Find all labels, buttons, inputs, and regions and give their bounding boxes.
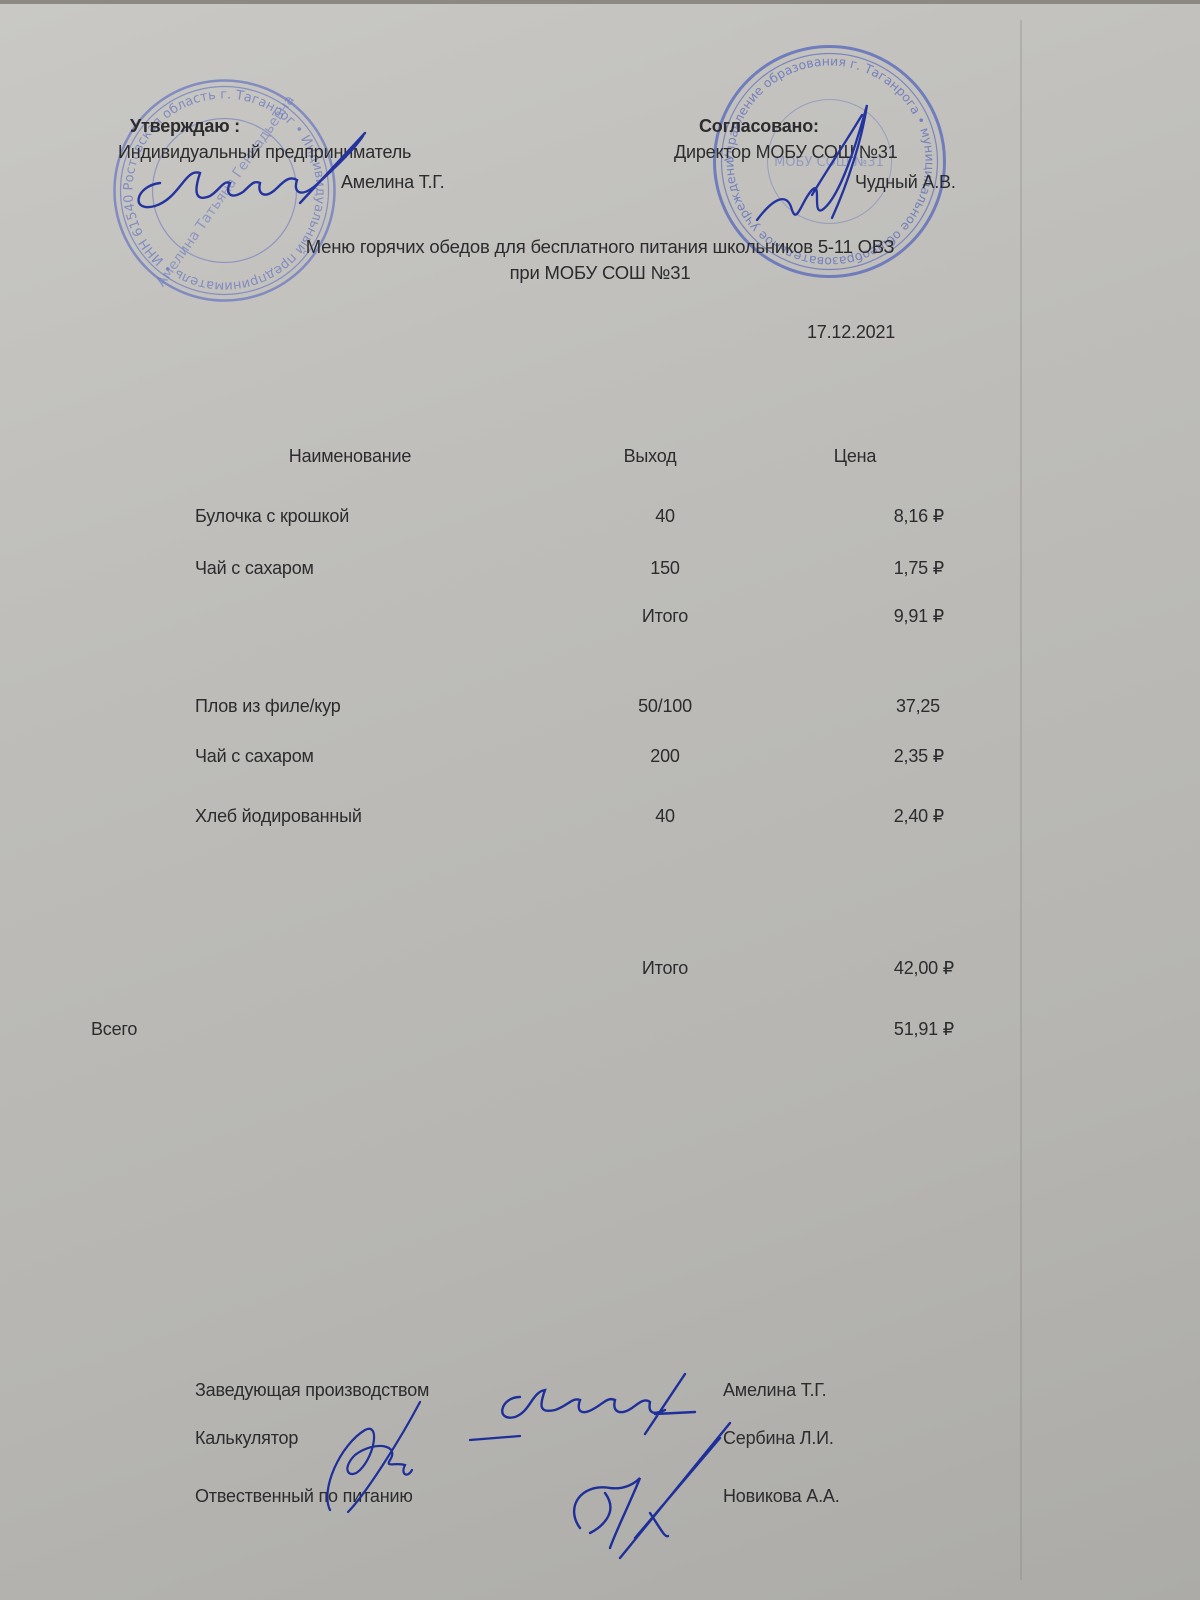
item-yield: 50/100 [605,696,725,717]
header-yield: Выход [590,446,710,467]
item-price: 1,75 ₽ [800,558,944,579]
subtotal-label: Итого [605,958,725,979]
agreement-signature [752,100,892,240]
item-name: Чай с сахаром [195,746,314,767]
item-name: Плов из филе/кур [195,696,341,717]
signer-role: Заведующая производством [195,1380,429,1401]
subtotal-value: 42,00 ₽ [800,958,954,979]
item-yield: 150 [605,558,725,579]
document-title-line1: Меню горячих обедов для бесплатного пита… [0,236,1200,258]
signer-name: Амелина Т.Г. [723,1380,826,1401]
item-price: 37,25 [800,696,940,717]
item-yield: 40 [605,806,725,827]
item-price: 2,40 ₽ [800,806,944,827]
total-value: 51,91 ₽ [800,1019,954,1040]
signer-role: Калькулятор [195,1428,298,1449]
document-date: 17.12.2021 [807,322,895,343]
calculator-signature [320,1400,540,1525]
document-title-line2: при МОБУ СОШ №31 [0,262,1200,284]
header-price: Цена [800,446,910,467]
approval-signature [125,128,370,223]
header-name: Наименование [250,446,450,467]
nutrition-officer-signature [560,1418,740,1568]
subtotal-value: 9,91 ₽ [800,606,944,627]
item-name: Булочка с крошкой [195,506,349,527]
item-yield: 40 [605,506,725,527]
signer-name: Новикова А.А. [723,1486,840,1507]
item-name: Хлеб йодированный [195,806,362,827]
item-price: 2,35 ₽ [800,746,944,767]
subtotal-label: Итого [605,606,725,627]
item-price: 8,16 ₽ [800,506,944,527]
item-yield: 200 [605,746,725,767]
total-label: Всего [91,1019,137,1040]
item-name: Чай с сахаром [195,558,314,579]
page-top-edge [0,0,1200,4]
